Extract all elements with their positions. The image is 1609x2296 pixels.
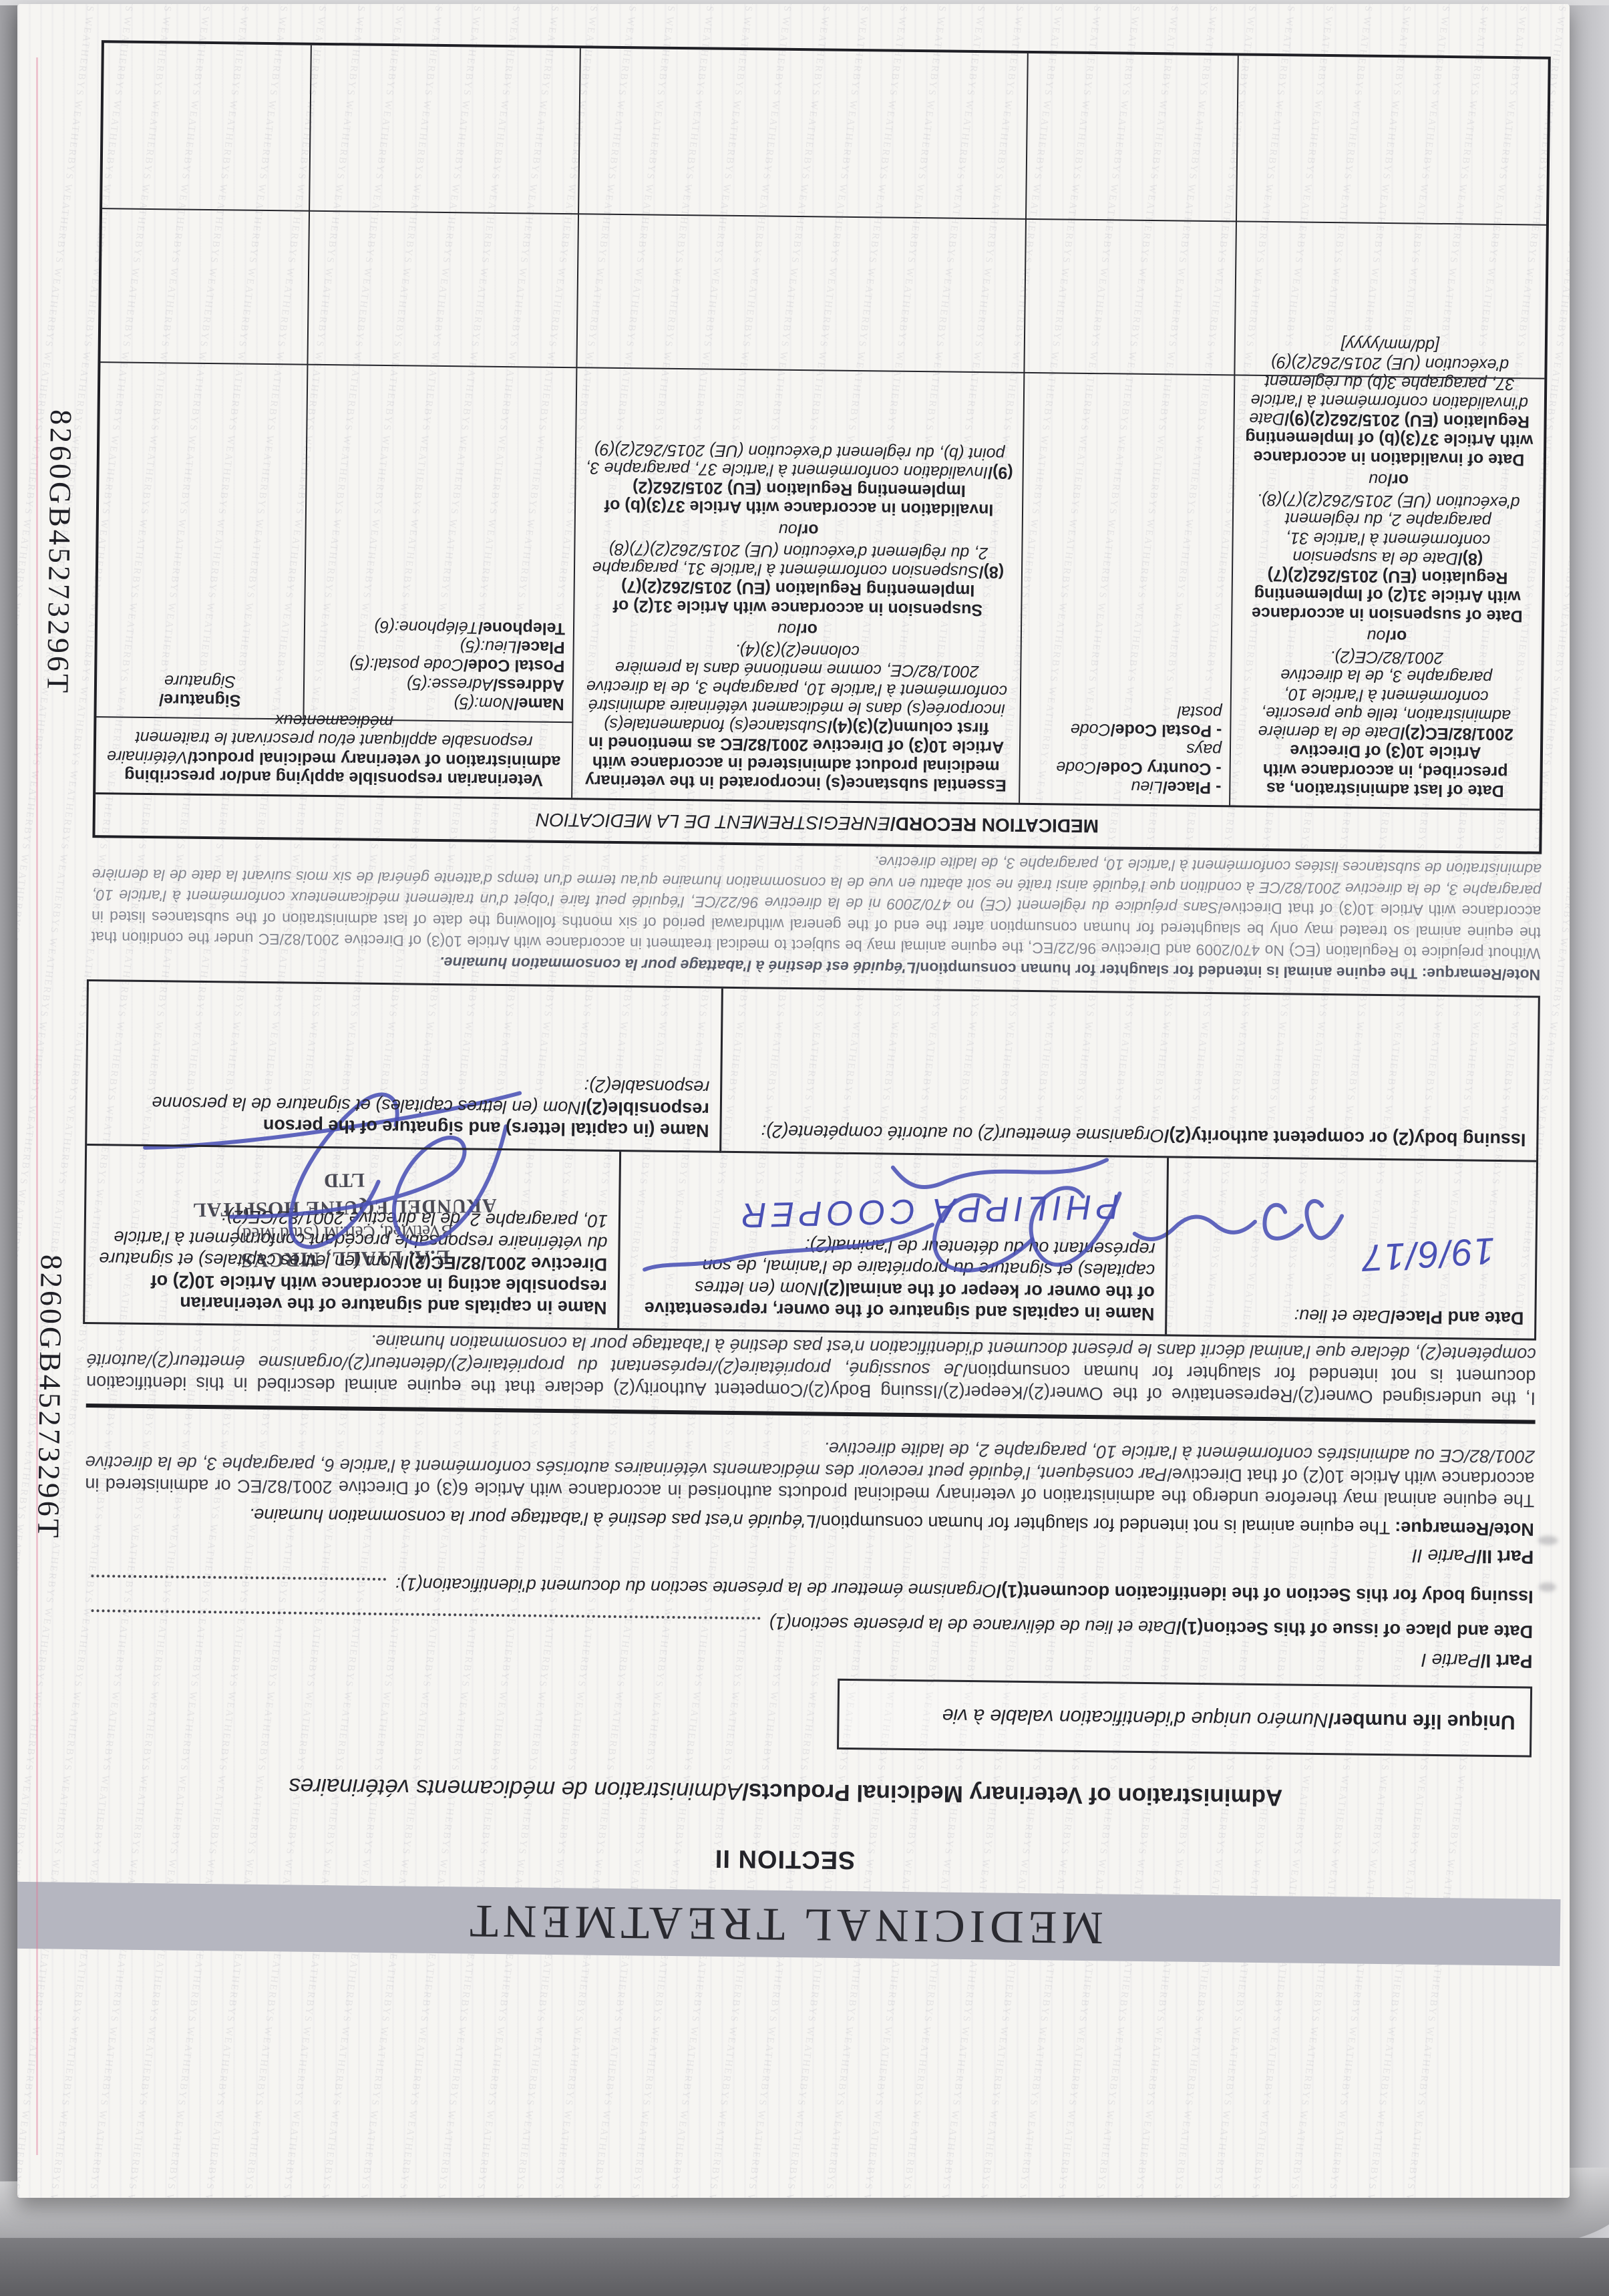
part1-date-place-line: Date and place of issue of this Section(… <box>83 1605 1533 1642</box>
owner-signature-ink <box>610 1134 1161 1361</box>
col-header-vet-name: Name/Nom:(5) Address/Adresse:(5) Postal … <box>304 365 577 723</box>
page-subtitle: Administration of Veterinary Medicinal P… <box>17 1770 1562 1814</box>
subtitle-fr: Administration de médicaments vétérinair… <box>289 1773 742 1804</box>
dotted-leader <box>90 1609 760 1619</box>
person-responsible-cell: Name (in capital letters) and signature … <box>87 981 723 1153</box>
scanner-right-edge <box>1570 0 1609 2296</box>
subtitle-en: Administration of Veterinary Medicinal P… <box>742 1778 1282 1810</box>
scanner-bottom-shadow <box>0 2238 1609 2296</box>
medication-record-table: MEDICATION RECORD/ENREGISTREMENT DE LA M… <box>92 40 1550 854</box>
page-edge-line <box>36 57 38 2155</box>
slaughter-note: Note/Remarque: The equine animal is inte… <box>91 842 1542 985</box>
part2-heading: Part II/Partie II <box>1412 1545 1534 1568</box>
uln-label-en: Unique life number/ <box>1328 1709 1515 1733</box>
scanned-horse-passport-screenshot: { "document": { "serial_number": "8260GB… <box>0 0 1609 2296</box>
col-header-date: Date of last administration, as prescrib… <box>1230 375 1544 808</box>
section-title: SECTION II <box>17 1836 1561 1882</box>
date-place-cell: Date and Place/Date et lieu: 19/6/17 <box>1167 1158 1536 1338</box>
bleed-through-mark <box>1539 1583 1556 1592</box>
owner-signature-cell: Name in capitals and signature of the ow… <box>619 1152 1169 1334</box>
medicinal-treatment-band: MEDICINAL TREATMENT <box>17 1882 1561 1966</box>
serial-number: 8260GB45273296T <box>40 409 79 691</box>
part1-heading: Part I/Partie I <box>1421 1649 1533 1672</box>
vet-signature-cell: Name in capitals and signature of the ve… <box>85 1146 621 1328</box>
scanner-left-edge <box>0 0 17 2296</box>
part2-form: Date and Place/Date et lieu: 19/6/17 Nam… <box>83 979 1540 1341</box>
bleed-through-mark <box>1538 1536 1558 1545</box>
col-header-signature: Signature/ Signature <box>96 363 308 719</box>
col-header-place: - Place/Lieu - Country Code/Code pays - … <box>1020 373 1235 806</box>
issuing-body-cell: Issuing body(2) or competent authority(2… <box>721 989 1538 1162</box>
document-content: MEDICINAL TREATMENT SECTION II Administr… <box>17 4 1570 2198</box>
unique-life-number-box: Unique life number/Numéro unique d'ident… <box>837 1679 1532 1758</box>
part1-issuing-body-line: Issuing body for this Section of the ide… <box>84 1570 1534 1607</box>
dotted-leader <box>91 1575 386 1581</box>
band-title: MEDICINAL TREATMENT <box>465 1894 1103 1955</box>
part2-paragraph-therefore: The equine animal may therefore undergo … <box>85 1429 1535 1511</box>
handwritten-date: 19/6/17 <box>1360 1228 1496 1281</box>
col-header-vet-group: Veterinarian responsible applying and/or… <box>96 717 573 798</box>
uln-label-fr: Numéro unique d'identification valable à… <box>942 1705 1328 1732</box>
table-row-divider <box>102 208 1546 226</box>
passport-page: WEATHERBYS WEATHERBYS WEATHERBYS WEATHER… <box>17 4 1570 2198</box>
col-header-substance: Essential substance(s) incorporated in t… <box>572 368 1025 803</box>
